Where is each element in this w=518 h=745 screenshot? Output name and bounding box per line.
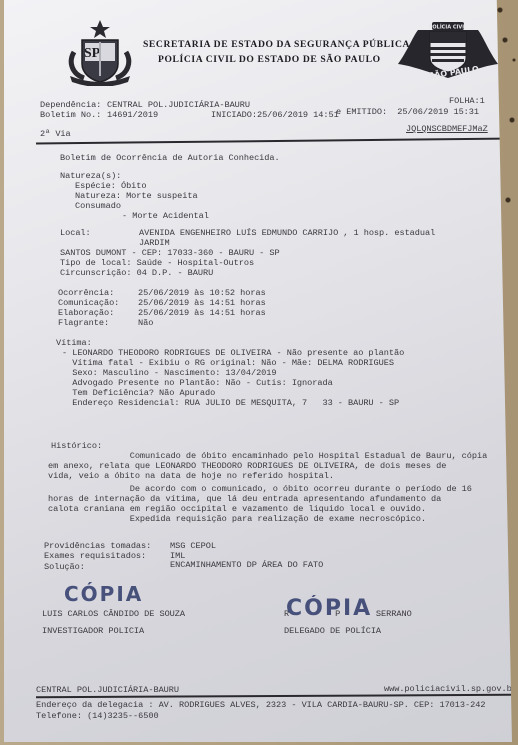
dependencia-label: Dependência:	[40, 100, 101, 110]
footer-website: www.policiacivil.sp.gov.br	[384, 684, 517, 694]
signature-left-role: INVESTIGADOR POLICIA	[42, 626, 144, 636]
footer-address: Endereço da delegacia : AV. RODRIGUES AL…	[36, 700, 485, 710]
svg-text:SP: SP	[84, 46, 101, 61]
historico-line: De acordo com o comunicado, o óbito ocor…	[48, 484, 472, 494]
boletim-label: Boletim No.:	[40, 110, 101, 120]
dependencia-value: CENTRAL POL.JUDICIÁRIA-BAURU	[107, 100, 250, 110]
providencias-label: Providências tomadas:	[44, 541, 151, 551]
vitima-line: Advogado Presente no Plantão: Não - Cuti…	[62, 378, 333, 388]
natureza-tipo: - Morte Acidental	[122, 211, 209, 221]
providencias-value: MSG CEPOL	[170, 541, 216, 551]
historico-line: Expedida requisição para realização de e…	[48, 514, 426, 524]
header-title-line1: SECRETARIA DE ESTADO DA SEGURANÇA PÚBLIC…	[143, 39, 410, 50]
data-comunicacao-value: 25/06/2019 às 14:51 horas	[138, 298, 266, 308]
signature-left-name: LUIS CARLOS CÂNDIDO DE SOUZA	[42, 609, 185, 619]
footer-phone: Telefone: (14)3235--6500	[36, 711, 159, 721]
emitido-datetime: e EMITIDO: 25/06/2019 15:31	[336, 107, 479, 117]
vitima-line: Sexo: Masculino - Nascimento: 13/04/2019	[62, 368, 277, 378]
natureza-especie: Espécie: Óbito	[75, 181, 147, 191]
historico-line: horas de internação da vítima, que lá de…	[48, 494, 441, 504]
local-line1: AVENIDA ENGENHEIRO LUÍS EDMUNDO CARRIJO …	[139, 228, 435, 238]
vitima-line: Vítima fatal - Exibiu o RG original: Não…	[62, 358, 394, 368]
historico-line: calota craniana em região occipital e va…	[48, 504, 426, 514]
historico-line: Comunicado de óbito encaminhado pelo Hos…	[48, 451, 487, 461]
header-divider	[36, 137, 516, 144]
local-label: Local:	[60, 228, 91, 238]
sao-paulo-coat-of-arms-icon: SP	[64, 18, 136, 86]
solucao-value: ENCAMINHAMENTO DP ÁREA DO FATO	[170, 560, 323, 570]
data-ocorrencia-value: 25/06/2019 às 10:52 horas	[138, 288, 266, 298]
signature-right-role: DELEGADO DE POLÍCIA	[284, 626, 381, 636]
header-title-line2: POLÍCIA CIVIL DO ESTADO DE SÃO PAULO	[158, 54, 381, 65]
vitima-line: Endereço Residencial: RUA JULIO DE MESQU…	[62, 398, 399, 408]
natureza-natureza: Natureza: Morte suspeita	[75, 191, 198, 201]
via-label: 2ª Via	[40, 129, 71, 139]
vitima-line: - LEONARDO THEODORO RODRIGUES DE OLIVEIR…	[62, 348, 404, 358]
iniciado-datetime: INICIADO:25/06/2019 14:51	[211, 110, 339, 120]
historico-line: vida, veio a óbito na data de hoje no re…	[48, 471, 334, 481]
tipo-local: Tipo de local: Saúde - Hospital-Outros	[60, 258, 254, 268]
vitima-line: Tem Deficiência? Não Apurado	[62, 388, 215, 398]
circunscricao: Circunscrição: 04 D.P. - BAURU	[60, 268, 213, 278]
data-elaboracao-label: Elaboração:	[58, 308, 114, 318]
vitima-label: Vítima:	[56, 338, 92, 348]
historico-line: em anexo, relata que LEONARDO THEODORO R…	[48, 461, 446, 471]
flagrante-label: Flagrante:	[58, 318, 109, 328]
natureza-label: Natureza(s):	[60, 171, 121, 181]
natureza-consumado: Consumado	[75, 201, 121, 211]
local-line3: SANTOS DUMONT - CEP: 17033-360 - BAURU -…	[60, 248, 280, 258]
police-report-document: SP SECRETARIA DE ESTADO DA SEGURANÇA PÚB…	[4, 0, 512, 742]
boletim-number: 14691/2019	[107, 110, 158, 120]
policia-civil-badge-icon: POLÍCIA CIVIL SÃO PAULO	[394, 20, 502, 80]
document-type: Boletim de Ocorrência de Autoria Conheci…	[60, 153, 280, 163]
exames-label: Exames requisitados:	[44, 551, 146, 561]
local-line2: JARDIM	[139, 238, 170, 248]
svg-text:POLÍCIA CIVIL: POLÍCIA CIVIL	[429, 23, 468, 31]
data-comunicacao-label: Comunicação:	[58, 298, 119, 308]
verification-code: JQLQNSCBDMEFJMaZ	[406, 124, 488, 134]
footer-unit: CENTRAL POL.JUDICIÁRIA-BAURU	[36, 685, 179, 695]
solucao-label: Solução:	[44, 562, 85, 572]
data-elaboracao-value: 25/06/2019 às 14:51 horas	[138, 308, 266, 318]
copia-stamp-left: CÓPIA	[64, 582, 143, 606]
historico-label: Histórico:	[51, 441, 102, 451]
copia-stamp-right: CÓPIA	[286, 596, 372, 621]
flagrante-value: Não	[138, 318, 153, 328]
folha-number: FOLHA:1	[449, 96, 485, 106]
data-ocorrencia-label: Ocorrência:	[58, 288, 114, 298]
